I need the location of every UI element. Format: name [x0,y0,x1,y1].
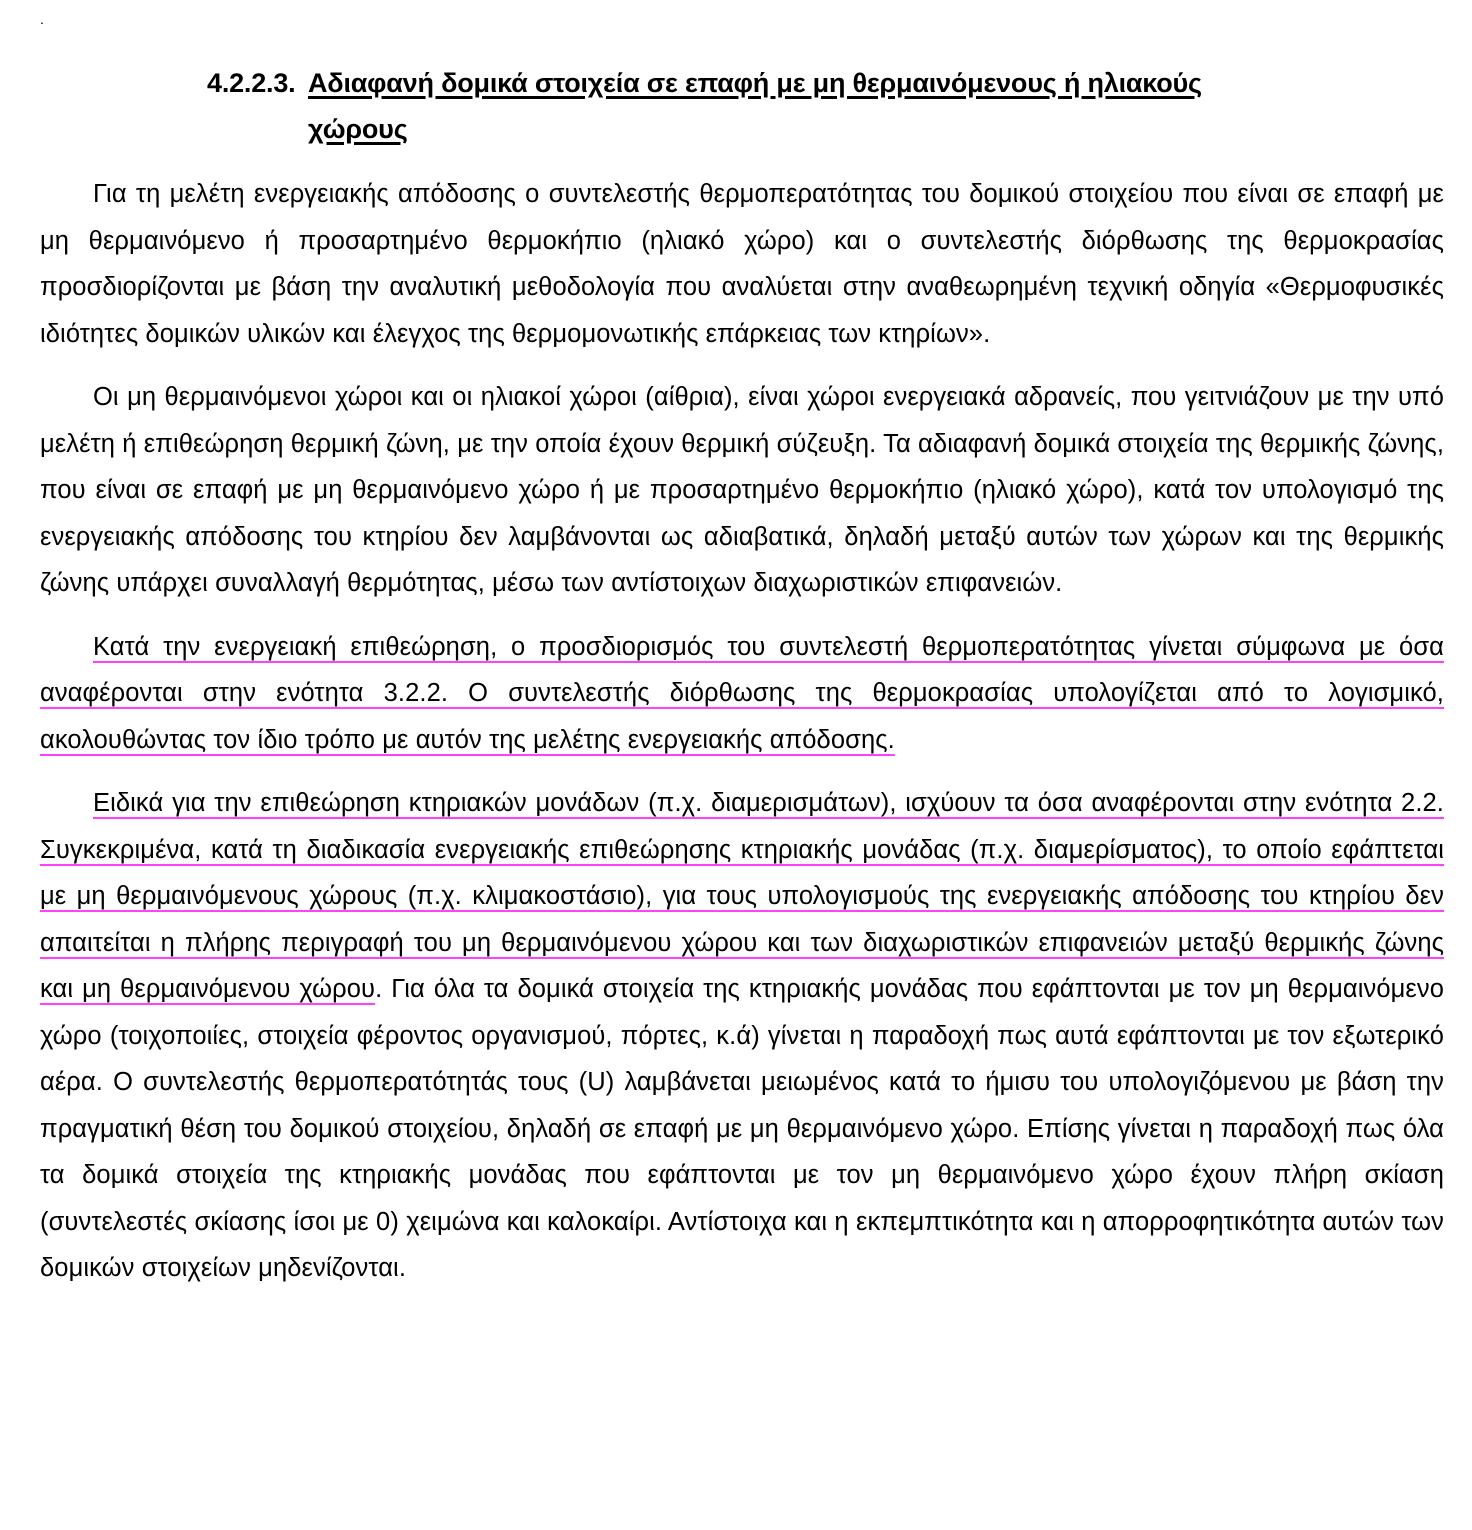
stray-mark: . [40,12,44,26]
paragraph-text: Οι μη θερμαινόμενοι χώροι και οι ηλιακοί… [40,383,1444,597]
section-title-line1: Αδιαφανή δομικά στοιχεία σε επαφή με μη … [308,68,1202,98]
revised-text: Κατά την ενεργειακή επιθεώρηση, ο προσδι… [40,633,1444,754]
document-body: Για τη μελέτη ενεργειακής απόδοσης ο συν… [40,171,1444,1309]
revised-text: Ειδικά για την επιθεώρηση κτηριακών μονά… [40,789,1444,1003]
paragraph-text: . Για όλα τα δομικά στοιχεία της κτηριακ… [40,975,1444,1282]
section-heading: 4.2.2.3.Αδιαφανή δομικά στοιχεία σε επαφ… [207,60,1387,152]
section-title-line2: χώρους [308,114,408,144]
paragraph-4-partly-revised: Ειδικά για την επιθεώρηση κτηριακών μονά… [40,780,1444,1292]
paragraph-1: Για τη μελέτη ενεργειακής απόδοσης ο συν… [40,171,1444,357]
paragraph-3-revised: Κατά την ενεργειακή επιθεώρηση, ο προσδι… [40,624,1444,764]
paragraph-text: Για τη μελέτη ενεργειακής απόδοσης ο συν… [40,180,1444,348]
paragraph-2: Οι μη θερμαινόμενοι χώροι και οι ηλιακοί… [40,374,1444,607]
section-number: 4.2.2.3. [207,60,308,106]
